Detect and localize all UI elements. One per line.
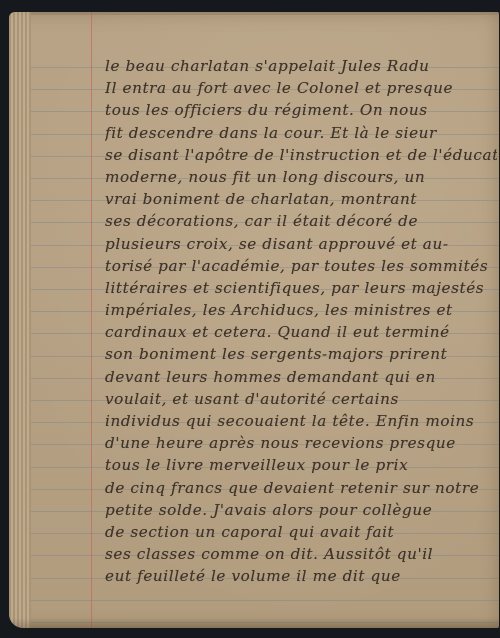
text-line: ses décorations, car il était décoré de xyxy=(105,210,497,232)
page-bottom-shading xyxy=(9,618,499,628)
text-line: devant leurs hommes demandant qui en xyxy=(105,366,497,388)
text-line: d'une heure après nous recevions presque xyxy=(105,432,497,454)
text-line: moderne, nous fit un long discours, un xyxy=(105,166,497,188)
text-line: torisé par l'académie, par toutes les so… xyxy=(105,255,497,277)
text-line: tous le livre merveilleux pour le prix xyxy=(105,454,497,476)
handwritten-text: le beau charlatan s'appelait Jules Radu … xyxy=(105,55,497,588)
text-line: eut feuilleté le volume il me dit que xyxy=(105,565,497,587)
text-line: ses classes comme on dit. Aussitôt qu'il xyxy=(105,543,497,565)
text-line: de cinq francs que devaient retenir sur … xyxy=(105,477,497,499)
text-line: cardinaux et cetera. Quand il eut termin… xyxy=(105,321,497,343)
scan-background: le beau charlatan s'appelait Jules Radu … xyxy=(0,0,500,638)
stacked-page-edges xyxy=(9,12,31,628)
text-line: fit descendre dans la cour. Et là le sie… xyxy=(105,122,497,144)
text-line: de section un caporal qui avait fait xyxy=(105,521,497,543)
text-line: tous les officiers du régiment. On nous xyxy=(105,99,497,121)
text-line: voulait, et usant d'autorité certains xyxy=(105,388,497,410)
notebook-page: le beau charlatan s'appelait Jules Radu … xyxy=(9,12,499,628)
page-top-edge xyxy=(9,12,499,15)
red-margin-line xyxy=(91,12,92,628)
text-line: son boniment les sergents-majors prirent xyxy=(105,343,497,365)
text-line: littéraires et scientifiques, par leurs … xyxy=(105,277,497,299)
text-line: se disant l'apôtre de l'instruction et d… xyxy=(105,144,497,166)
text-line: individus qui secouaient la tête. Enfin … xyxy=(105,410,497,432)
text-line: Il entra au fort avec le Colonel et pres… xyxy=(105,77,497,99)
text-line: vrai boniment de charlatan, montrant xyxy=(105,188,497,210)
text-line: impériales, les Archiducs, les ministres… xyxy=(105,299,497,321)
text-line: plusieurs croix, se disant approuvé et a… xyxy=(105,233,497,255)
ruling-line xyxy=(31,600,499,601)
text-line: le beau charlatan s'appelait Jules Radu xyxy=(105,55,497,77)
text-line: petite solde. J'avais alors pour collègu… xyxy=(105,499,497,521)
